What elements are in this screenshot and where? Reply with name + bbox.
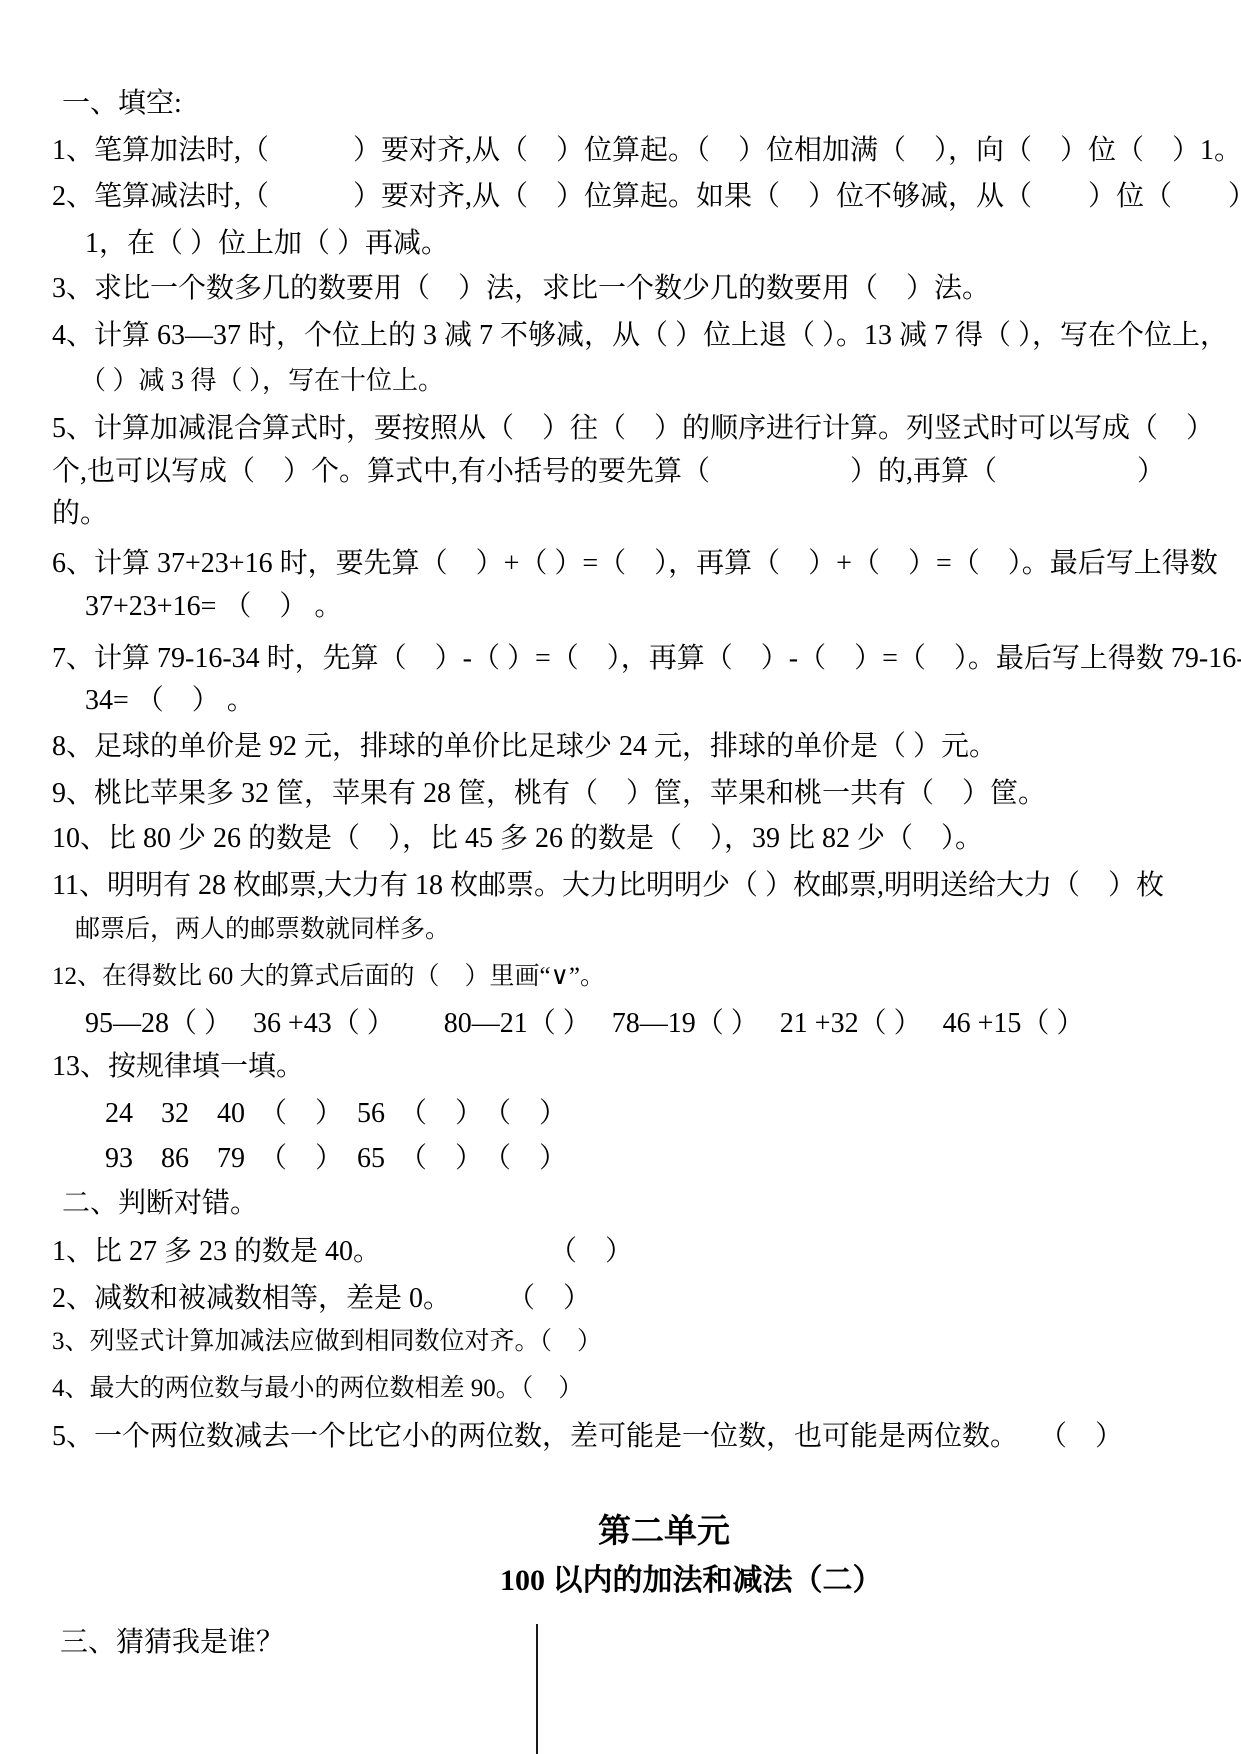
sec1-item-12-row: 95—28（ ） 36 +43（ ） 80—21（ ） 78—19（ ） 21 … — [85, 1008, 1084, 1040]
sec1-title: 一、填空: — [62, 88, 182, 120]
sec2-item-5: 5、一个两位数减去一个比它小的两位数，差可能是一位数，也可能是两位数。 （ ） — [52, 1421, 1123, 1453]
sec1-item-4: 4、计算 63—37 时，个位上的 3 减 7 不够减，从（ ）位上退（ ）。1… — [52, 320, 1228, 352]
sec1-item-11-cont: 邮票后，两人的邮票数就同样多。 — [75, 916, 450, 945]
sec1-item-6-cont: 37+23+16= （ ） 。 — [85, 591, 342, 623]
worksheet-page: 一、填空:1、笔算加法时,（ ）要对齐,从（ ）位算起。（ ）位相加满（ ），向… — [0, 0, 1241, 1754]
unit-title: 第二单元 — [598, 1514, 730, 1552]
sec1-item-10: 10、比 80 少 26 的数是（ ），比 45 多 26 的数是（ ），39 … — [52, 823, 983, 855]
answer-divider-line — [536, 1624, 538, 1754]
sec1-item-13-row2: 93 86 79 （ ） 65 （ ） （ ） — [105, 1143, 567, 1175]
sec1-item-13: 13、按规律填一填。 — [52, 1051, 304, 1083]
sec1-item-5: 5、计算加减混合算式时，要按照从（ ）往（ ）的顺序进行计算。列竖式时可以写成（… — [52, 413, 1214, 445]
sec1-item-8: 8、足球的单价是 92 元，排球的单价比足球少 24 元，排球的单价是（ ）元。 — [52, 731, 997, 763]
sec3-title: 三、猜猜我是谁？ — [60, 1627, 284, 1659]
sec1-item-4-cont: （ ）减 3 得（ ），写在十位上。 — [80, 366, 444, 396]
sec2-item-1: 1、比 27 多 23 的数是 40。 （ ） — [52, 1236, 633, 1268]
sec2-title: 二、判断对错。 — [62, 1188, 258, 1220]
sec1-item-12: 12、在得数比 60 大的算式后面的（ ）里画“∨”。 — [52, 963, 605, 992]
sec1-item-5-cont2: 的。 — [52, 498, 108, 530]
sec1-item-3: 3、求比一个数多几的数要用（ ）法，求比一个数少几的数要用（ ）法。 — [52, 273, 990, 305]
sec1-item-13-row1: 24 32 40 （ ） 56 （ ） （ ） — [105, 1098, 567, 1130]
sec1-item-2: 2、笔算减法时,（ ）要对齐,从（ ）位算起。如果（ ）位不够减，从（ ）位（ … — [52, 181, 1241, 213]
sec1-item-1: 1、笔算加法时,（ ）要对齐,从（ ）位算起。（ ）位相加满（ ），向（ ）位（… — [52, 135, 1241, 167]
sec1-item-7: 7、计算 79-16-34 时，先算（ ）-（ ）=（ ），再算（ ）-（ ）=… — [52, 643, 1241, 675]
unit-subtitle: 100 以内的加法和减法（二） — [500, 1564, 883, 1599]
sec2-item-4: 4、最大的两位数与最小的两位数相差 90。（ ） — [52, 1375, 583, 1404]
sec1-item-9: 9、桃比苹果多 32 筐，苹果有 28 筐，桃有（ ）筐，苹果和桃一共有（ ）筐… — [52, 778, 1046, 810]
sec1-item-5-cont1: 个,也可以写成（ ）个。算式中,有小括号的要先算（ ）的,再算（ ） — [52, 456, 1165, 488]
sec2-item-2: 2、减数和被减数相等，差是 0。 （ ） — [52, 1283, 591, 1315]
sec1-item-11: 11、明明有 28 枚邮票,大力有 18 枚邮票。大力比明明少（ ）枚邮票,明明… — [52, 870, 1164, 902]
sec1-item-6: 6、计算 37+23+16 时，要先算（ ）+（ ）=（ ），再算（ ）+（ ）… — [52, 548, 1218, 580]
sec1-item-2-cont: 1，在（ ）位上加（ ）再减。 — [85, 228, 449, 260]
sec1-item-7-cont: 34= （ ） 。 — [85, 685, 255, 717]
sec2-item-3: 3、列竖式计算加减法应做到相同数位对齐。（ ） — [52, 1328, 602, 1357]
